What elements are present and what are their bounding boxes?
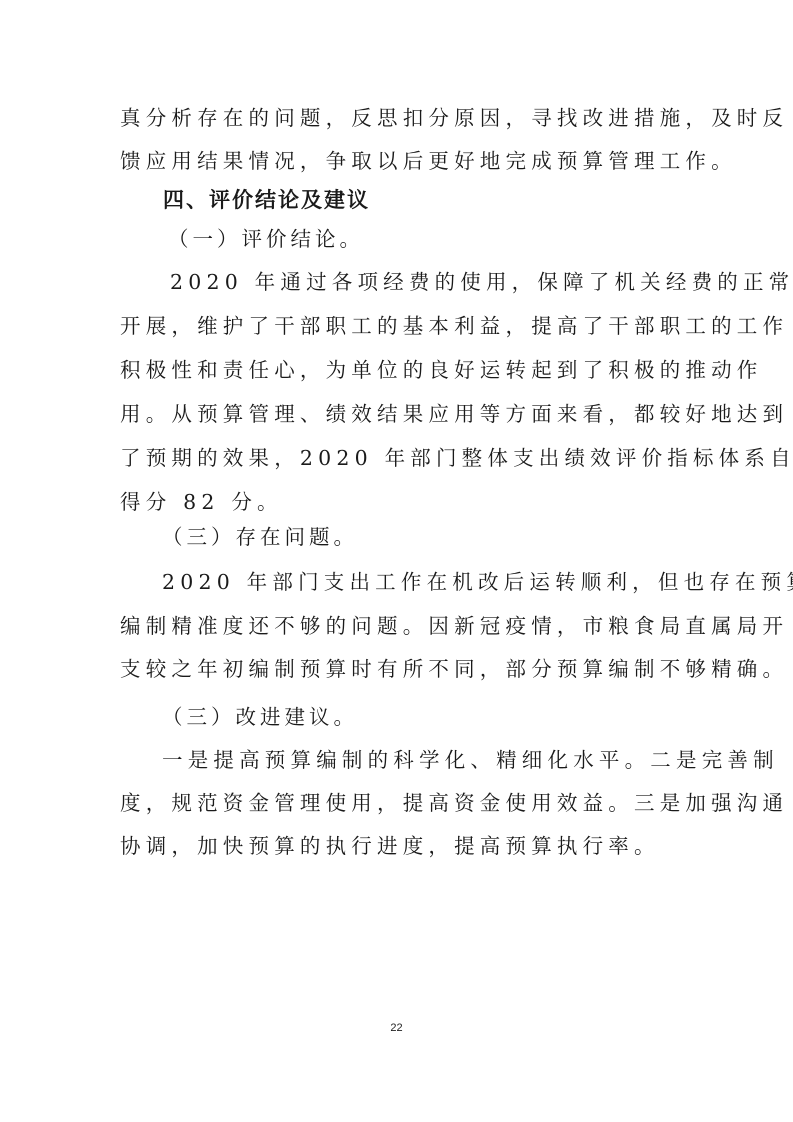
body-text-line: 得分 82 分。 [120,488,283,516]
body-text-line: 一是提高预算编制的科学化、精细化水平。二是完善制 [162,746,779,774]
body-text-line: 馈应用结果情况，争取以后更好地完成预算管理工作。 [120,147,737,175]
body-text-line: 编制精准度还不够的问题。因新冠疫情，市粮食局直属局开 [120,612,788,640]
body-text-line: 协调，加快预算的执行进度，提高预算执行率。 [120,832,660,860]
body-text-line: 真分析存在的问题，反思扣分原因，寻找改进措施，及时反 [120,104,788,132]
body-text-line: 开展，维护了干部职工的基本利益，提高了干部职工的工作 [120,312,788,340]
body-text-line: 度，规范资金管理使用，提高资金使用效益。三是加强沟通 [120,789,788,817]
body-text-line: 了预期的效果，2020 年部门整体支出绩效评价指标体系自评 [120,444,793,472]
body-text-line: 用。从预算管理、绩效结果应用等方面来看，都较好地达到 [120,400,788,428]
page-number: 22 [0,1022,793,1034]
body-text-line: 支较之年初编制预算时有所不同，部分预算编制不够精确。 [120,655,788,683]
body-text-line: 2020 年通过各项经费的使用，保障了机关经费的正常 [170,268,793,296]
subsection-heading-problems: （三）存在问题。 [162,523,358,551]
body-text-line: 积极性和责任心，为单位的良好运转起到了积极的推动作 [120,356,763,384]
subsection-heading-conclusion: （一）评价结论。 [168,225,364,253]
section-heading: 四、评价结论及建议 [163,186,370,214]
subsection-heading-suggestions: （三）改进建议。 [162,703,358,731]
body-text-line: 2020 年部门支出工作在机改后运转顺利，但也存在预算 [162,568,793,596]
